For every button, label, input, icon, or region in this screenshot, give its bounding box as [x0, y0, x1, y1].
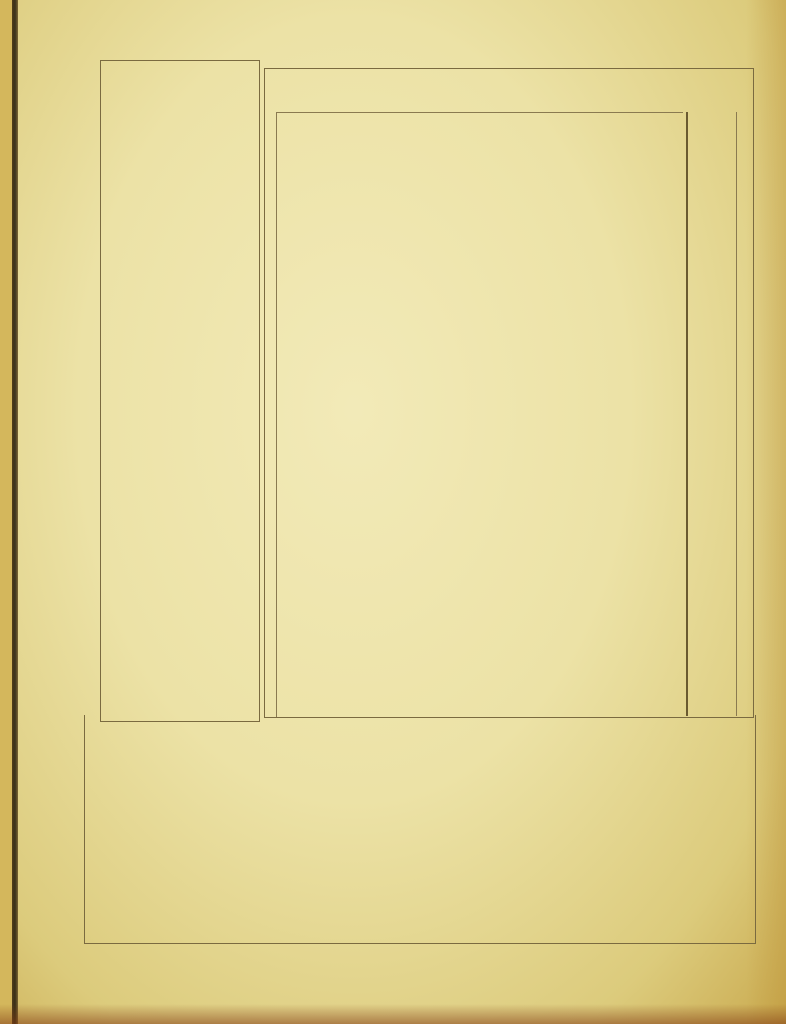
intercalary-table-grid: [276, 112, 683, 717]
left-text-frame: [100, 60, 260, 722]
row-label-column: [686, 112, 737, 716]
bottom-text-frame: [84, 715, 756, 944]
binding-gutter: [12, 0, 18, 1024]
page-bottom-stain: [0, 1004, 786, 1024]
